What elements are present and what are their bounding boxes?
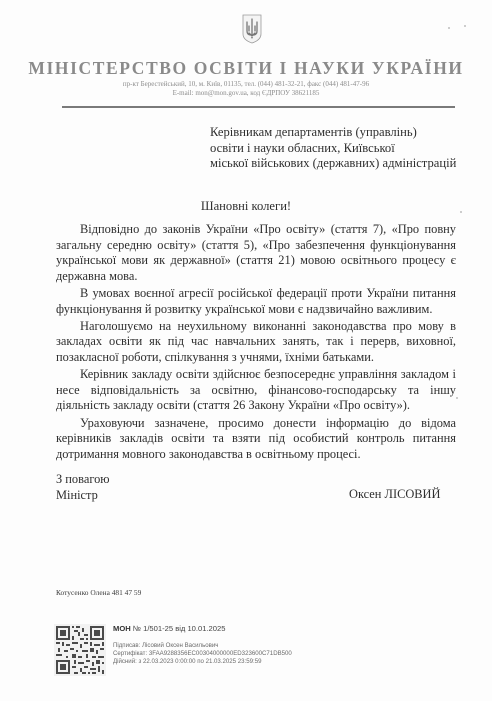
- ministry-contacts: пр-кт Берестейський, 10, м. Київ, 01135,…: [0, 80, 492, 98]
- body-paragraph: Наголошуємо на неухильному виконанні зак…: [56, 319, 456, 366]
- certificate-id: Сертифікат: 3FAA9288356EC00304000000ED32…: [113, 650, 292, 658]
- signer-name: Оксен ЛІСОВИЙ: [349, 487, 440, 502]
- registration-number: МОН № 1/501-25 від 10.01.2025: [113, 624, 292, 633]
- letterhead-divider: [62, 106, 455, 108]
- scan-speck: [460, 211, 462, 213]
- tryzub-coat-of-arms-icon: [242, 14, 262, 44]
- body-paragraph: Відповідно до законів України «Про освіт…: [56, 222, 456, 284]
- qr-code-icon: [54, 624, 106, 676]
- contacts-address-line: пр-кт Берестейський, 10, м. Київ, 01135,…: [0, 80, 492, 89]
- body-paragraph: В умовах воєнної агресії російської феде…: [56, 286, 456, 317]
- salutation: Шановні колеги!: [0, 199, 492, 214]
- letter-page: МІНІСТЕРСТВО ОСВІТИ І НАУКИ УКРАЇНИ пр-к…: [0, 0, 492, 701]
- ministry-title: МІНІСТЕРСТВО ОСВІТИ І НАУКИ УКРАЇНИ: [0, 58, 492, 79]
- registration-text: № 1/501-25 від 10.01.2025: [133, 624, 226, 633]
- signature-metadata: Підписав: Лісовий Оксен Васильович Серти…: [113, 642, 292, 665]
- executor-contact: Котусенко Олена 481 47 59: [56, 588, 141, 597]
- addressee-block: Керівникам департаментів (управлінь) осв…: [210, 125, 456, 172]
- org-abbreviation: МОН: [113, 624, 131, 633]
- certificate-validity: Дійсний: з 22.03.2023 0:00:00 по 21.03.2…: [113, 658, 292, 666]
- e-signature-block: МОН № 1/501-25 від 10.01.2025 Підписав: …: [113, 624, 292, 665]
- body-paragraph: Керівник закладу освіти здійснює безпосе…: [56, 367, 456, 414]
- scan-speck: [464, 25, 466, 27]
- addressee-line: міської військових (державних) адміністр…: [210, 156, 456, 172]
- closing-block: З повагою Міністр: [56, 472, 110, 503]
- addressee-line: Керівникам департаментів (управлінь): [210, 125, 456, 141]
- scan-speck: [456, 397, 458, 399]
- closing-regards: З повагою: [56, 472, 110, 488]
- body-paragraph: Ураховуючи зазначене, просимо донести ін…: [56, 416, 456, 463]
- addressee-line: освіти і науки обласних, Київської: [210, 141, 456, 157]
- signer-position: Міністр: [56, 488, 110, 504]
- scan-speck: [448, 27, 450, 29]
- contacts-email-line: E-mail: mon@mon.gov.ua, код ЄДРПОУ 38621…: [0, 89, 492, 98]
- letter-body: Відповідно до законів України «Про освіт…: [56, 222, 456, 464]
- signed-by: Підписав: Лісовий Оксен Васильович: [113, 642, 292, 650]
